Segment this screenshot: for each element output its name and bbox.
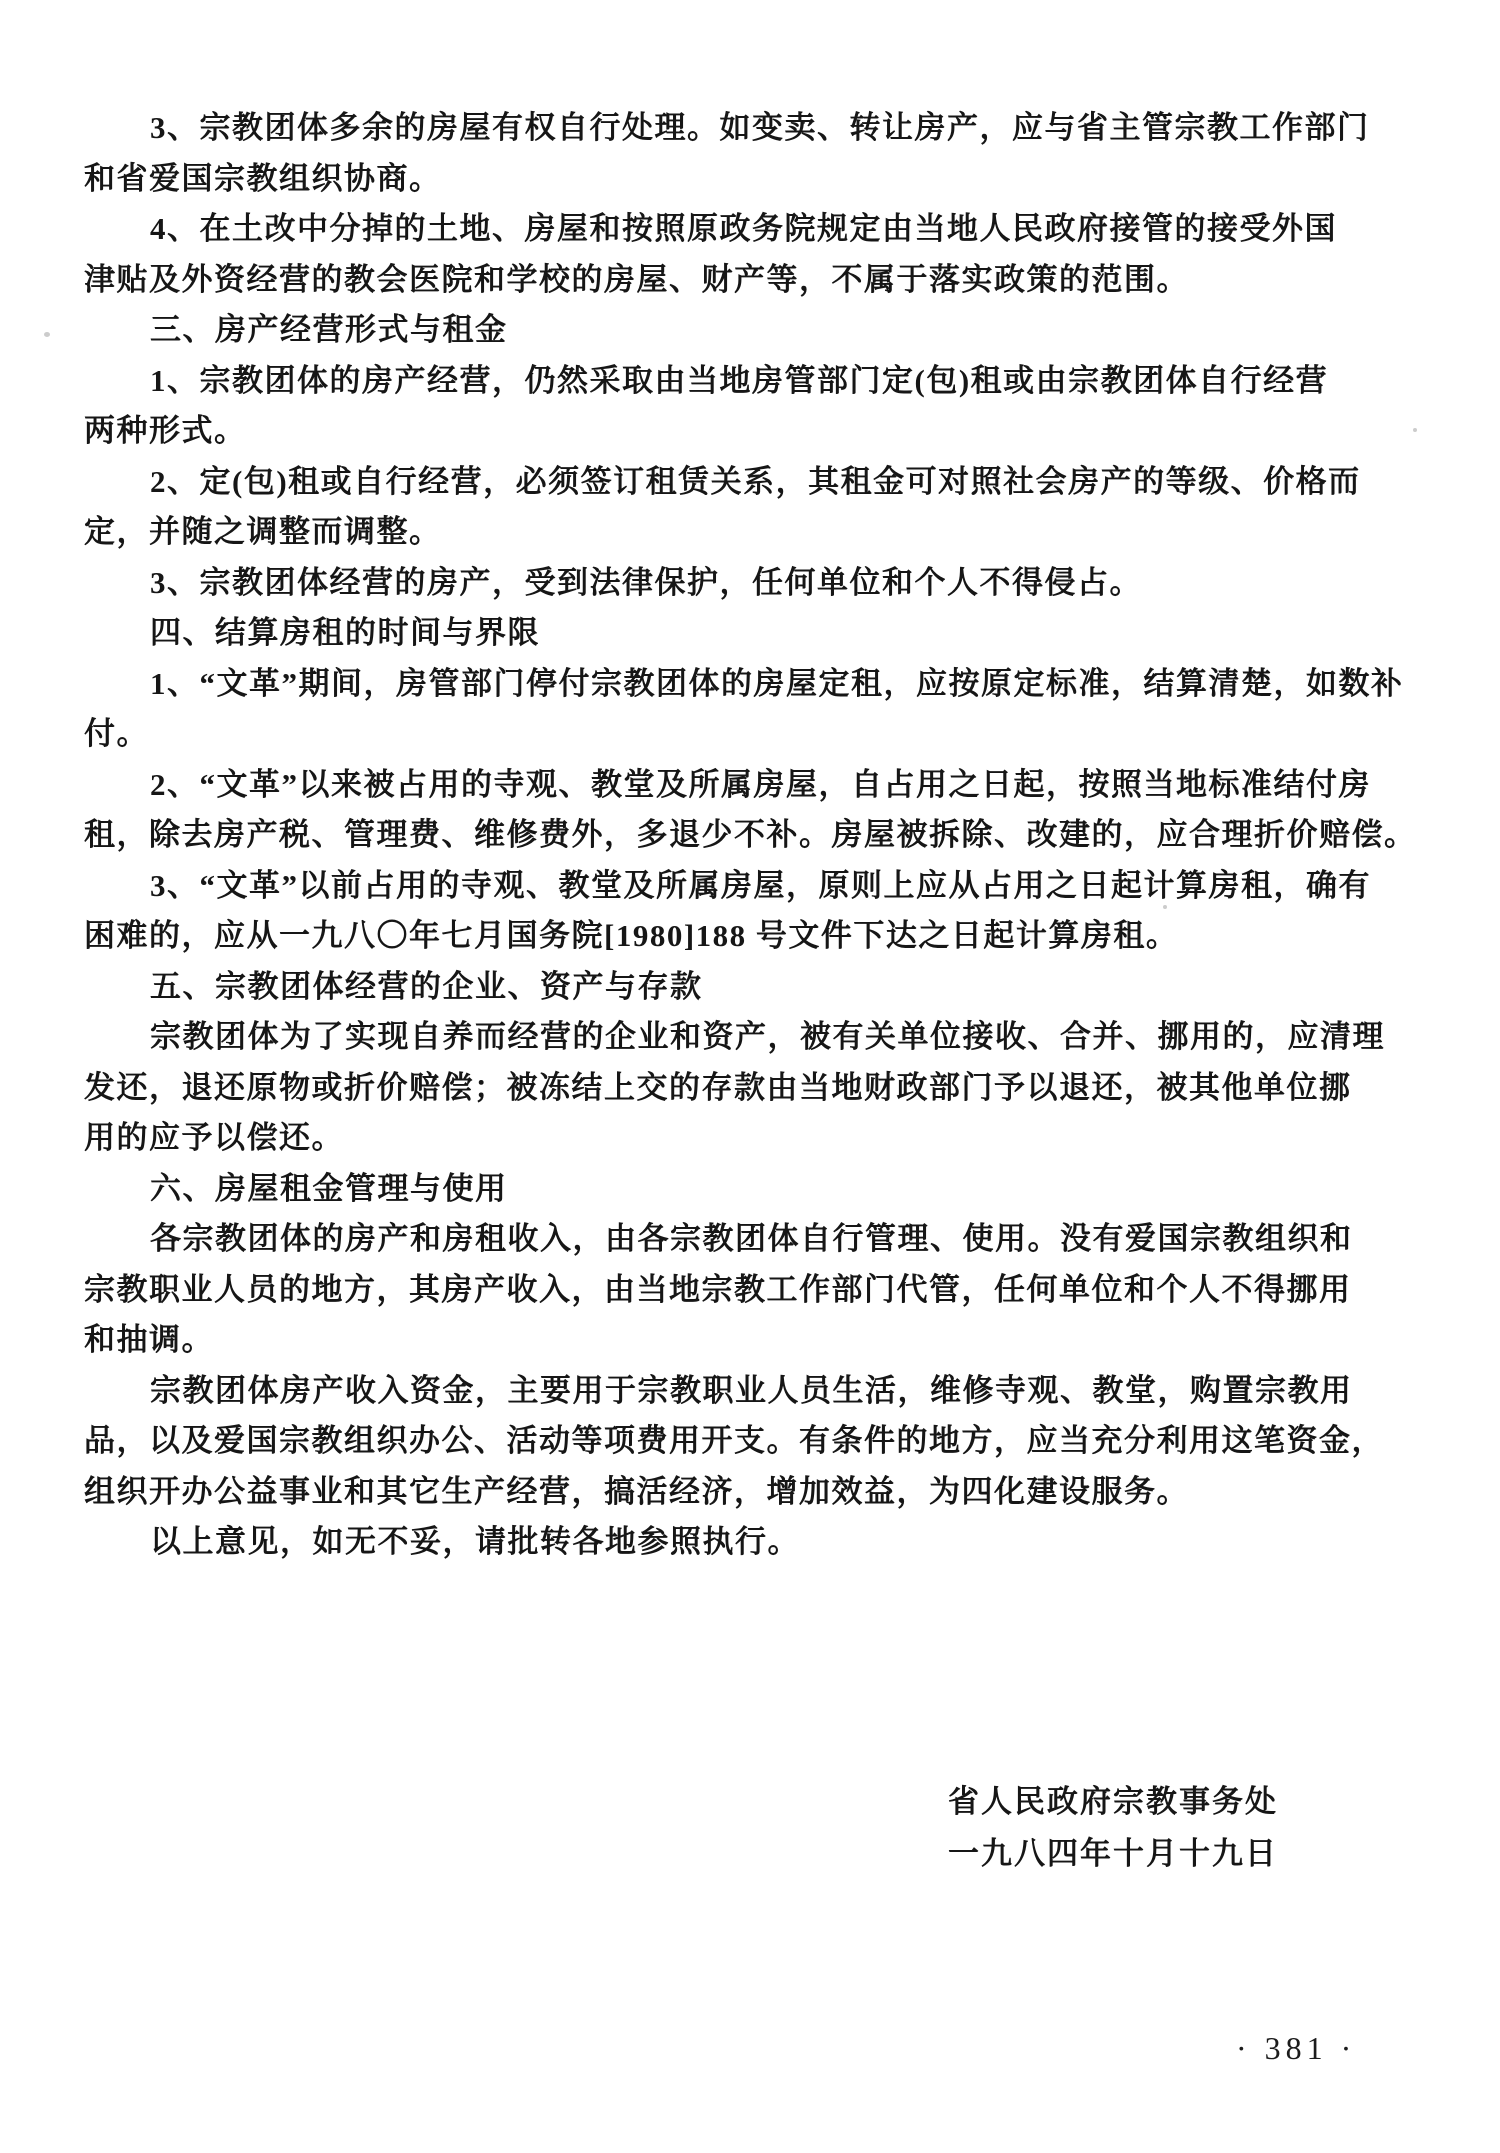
text-line: 2、“文革”以来被占用的寺观、教堂及所属房屋，自占用之日起，按照当地标准结付房 xyxy=(84,760,1476,811)
signature-org: 省人民政府宗教事务处 xyxy=(948,1776,1278,1828)
section-heading: 五、宗教团体经营的企业、资产与存款 xyxy=(84,962,1476,1013)
text-line: 租，除去房产税、管理费、维修费外，多退少不补。房屋被拆除、改建的，应合理折价赔偿… xyxy=(84,810,1476,861)
text-line: 3、宗教团体多余的房屋有权自行处理。如变卖、转让房产，应与省主管宗教工作部门 xyxy=(84,103,1476,154)
text-line: 困难的，应从一九八〇年七月国务院[1980]188 号文件下达之日起计算房租。 xyxy=(84,911,1476,962)
signature-block: 省人民政府宗教事务处 一九八四年十月十九日 xyxy=(948,1776,1278,1879)
text-line: 各宗教团体的房产和房租收入，由各宗教团体自行管理、使用。没有爱国宗教组织和 xyxy=(84,1214,1476,1265)
document-page: 3、宗教团体多余的房屋有权自行处理。如变卖、转让房产，应与省主管宗教工作部门 和… xyxy=(0,0,1500,2153)
document-body: 3、宗教团体多余的房屋有权自行处理。如变卖、转让房产，应与省主管宗教工作部门 和… xyxy=(84,103,1476,1568)
text-line: 发还，退还原物或折价赔偿；被冻结上交的存款由当地财政部门予以退还，被其他单位挪 xyxy=(84,1063,1476,1114)
text-line: 3、宗教团体经营的房产，受到法律保护，任何单位和个人不得侵占。 xyxy=(84,558,1476,609)
text-line: 品，以及爱国宗教组织办公、活动等项费用开支。有条件的地方，应当充分利用这笔资金， xyxy=(84,1416,1476,1467)
scan-speck xyxy=(1413,428,1417,432)
text-line: 两种形式。 xyxy=(84,406,1476,457)
page-number: · 381 · xyxy=(1236,2030,1356,2067)
scan-speck xyxy=(1163,905,1167,909)
text-line: 付。 xyxy=(84,709,1476,760)
text-line: 定，并随之调整而调整。 xyxy=(84,507,1476,558)
text-line: 1、“文革”期间，房管部门停付宗教团体的房屋定租，应按原定标准，结算清楚，如数补 xyxy=(84,659,1476,710)
text-line: 组织开办公益事业和其它生产经营，搞活经济，增加效益，为四化建设服务。 xyxy=(84,1467,1476,1518)
text-line: 和省爱国宗教组织协商。 xyxy=(84,154,1476,205)
text-line: 以上意见，如无不妥，请批转各地参照执行。 xyxy=(84,1517,1476,1568)
text-line: 宗教职业人员的地方，其房产收入，由当地宗教工作部门代管，任何单位和个人不得挪用 xyxy=(84,1265,1476,1316)
text-line: 津贴及外资经营的教会医院和学校的房屋、财产等，不属于落实政策的范围。 xyxy=(84,255,1476,306)
text-line: 3、“文革”以前占用的寺观、教堂及所属房屋，原则上应从占用之日起计算房租，确有 xyxy=(84,861,1476,912)
text-line: 和抽调。 xyxy=(84,1315,1476,1366)
section-heading: 四、结算房租的时间与界限 xyxy=(84,608,1476,659)
section-heading: 三、房产经营形式与租金 xyxy=(84,305,1476,356)
signature-date: 一九八四年十月十九日 xyxy=(948,1828,1278,1880)
section-heading: 六、房屋租金管理与使用 xyxy=(84,1164,1476,1215)
scan-speck xyxy=(44,332,50,337)
text-line: 1、宗教团体的房产经营，仍然采取由当地房管部门定(包)租或由宗教团体自行经营 xyxy=(84,356,1476,407)
text-line: 宗教团体房产收入资金，主要用于宗教职业人员生活，维修寺观、教堂，购置宗教用 xyxy=(84,1366,1476,1417)
text-line: 用的应予以偿还。 xyxy=(84,1113,1476,1164)
text-line: 2、定(包)租或自行经营，必须签订租赁关系，其租金可对照社会房产的等级、价格而 xyxy=(84,457,1476,508)
text-line: 宗教团体为了实现自养而经营的企业和资产，被有关单位接收、合并、挪用的，应清理 xyxy=(84,1012,1476,1063)
text-line: 4、在土改中分掉的土地、房屋和按照原政务院规定由当地人民政府接管的接受外国 xyxy=(84,204,1476,255)
